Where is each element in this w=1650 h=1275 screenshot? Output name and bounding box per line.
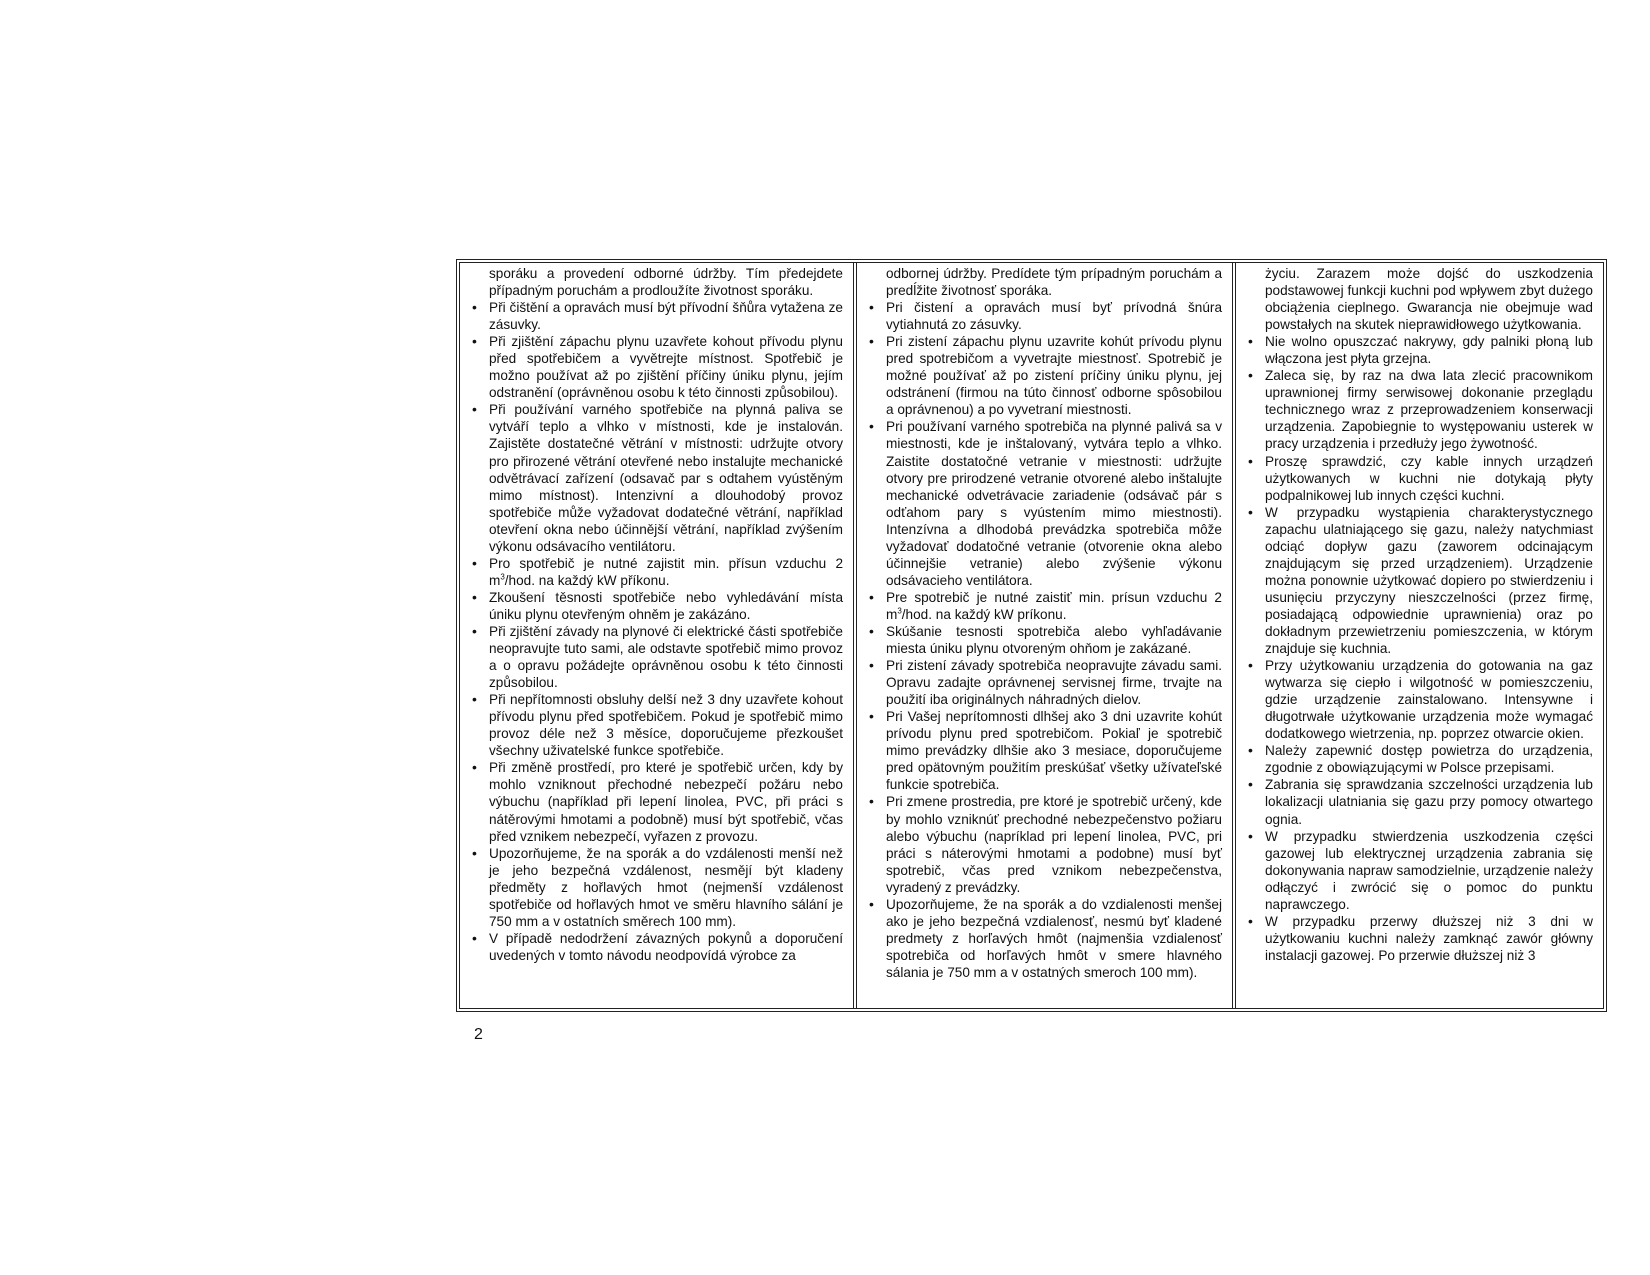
continuation-text: sporáku a provedení odborné údržby. Tím …: [470, 265, 843, 299]
bullet-list: Pri čistení a opravách musí byť prívodná…: [867, 299, 1222, 981]
list-item: Należy zapewnić dostęp powietrza do urzą…: [1246, 742, 1593, 776]
list-item: Pri čistení a opravách musí byť prívodná…: [867, 299, 1222, 333]
list-item: Skúšanie tesnosti spotrebiča alebo vyhľa…: [867, 623, 1222, 657]
list-item: Při zjištění závady na plynové či elektr…: [470, 623, 843, 691]
list-item: Przy użytkowaniu urządzenia do gotowania…: [1246, 657, 1593, 742]
list-item: Při nepřítomnosti obsluhy delší než 3 dn…: [470, 691, 843, 759]
list-item: Při změně prostředí, pro které je spotře…: [470, 759, 843, 844]
list-item: W przypadku stwierdzenia uszkodzenia czę…: [1246, 828, 1593, 913]
bullet-list: Nie wolno opuszczać nakrywy, gdy palniki…: [1246, 333, 1593, 964]
continuation-text: życiu. Zarazem może dojść do uszkodzenia…: [1246, 265, 1593, 333]
list-item: Zkoušení těsnosti spotřebiče nebo vyhled…: [470, 589, 843, 623]
list-item: Zabrania się sprawdzania szczelności urz…: [1246, 776, 1593, 827]
list-item: W przypadku przerwy dłuższej niż 3 dni w…: [1246, 913, 1593, 964]
list-item: Nie wolno opuszczać nakrywy, gdy palniki…: [1246, 333, 1593, 367]
three-language-table: sporáku a provedení odborné údržby. Tím …: [456, 259, 1607, 1012]
list-item: Zaleca się, by raz na dwa lata zlecić pr…: [1246, 367, 1593, 452]
column-slovak: odbornej údržby. Predídete tým prípadným…: [853, 263, 1232, 1008]
list-item: Pri zmene prostredia, pre ktoré je spotr…: [867, 793, 1222, 895]
column-czech: sporáku a provedení odborné údržby. Tím …: [460, 263, 853, 1008]
column-polish: życiu. Zarazem może dojść do uszkodzenia…: [1232, 263, 1603, 1008]
list-item: Proszę sprawdzić, czy kable innych urząd…: [1246, 453, 1593, 504]
list-item-text: /hod. na každý kW příkonu.: [505, 573, 670, 588]
continuation-text: odbornej údržby. Predídete tým prípadným…: [867, 265, 1222, 299]
list-item: Pre spotrebič je nutné zaistiť min. prís…: [867, 589, 1222, 623]
page-number: 2: [474, 1026, 483, 1044]
list-item: Upozorňujeme, že na sporák a do vzdáleno…: [470, 845, 843, 930]
list-item-text: /hod. na každý kW príkonu.: [902, 607, 1067, 622]
list-item: Pri používaní varného spotrebiča na plyn…: [867, 418, 1222, 588]
list-item: Pri zistení závady spotrebiča neopravujt…: [867, 657, 1222, 708]
list-item: Při zjištění zápachu plynu uzavřete koho…: [470, 333, 843, 401]
list-item: Pri Vašej neprítomnosti dlhšej ako 3 dni…: [867, 708, 1222, 793]
list-item: Při používání varného spotřebiče na plyn…: [470, 401, 843, 554]
list-item: W przypadku wystąpienia charakterystyczn…: [1246, 504, 1593, 657]
list-item: Pri zistení zápachu plynu uzavrite kohút…: [867, 333, 1222, 418]
table-row: sporáku a provedení odborné údržby. Tím …: [459, 262, 1604, 1009]
list-item: Při čištění a opravách musí být přívodní…: [470, 299, 843, 333]
list-item: V případě nedodržení závazných pokynů a …: [470, 930, 843, 964]
list-item: Pro spotřebič je nutné zajistit min. pří…: [470, 555, 843, 589]
bullet-list: Při čištění a opravách musí být přívodní…: [470, 299, 843, 964]
list-item: Upozorňujeme, že na sporák a do vzdialen…: [867, 896, 1222, 981]
